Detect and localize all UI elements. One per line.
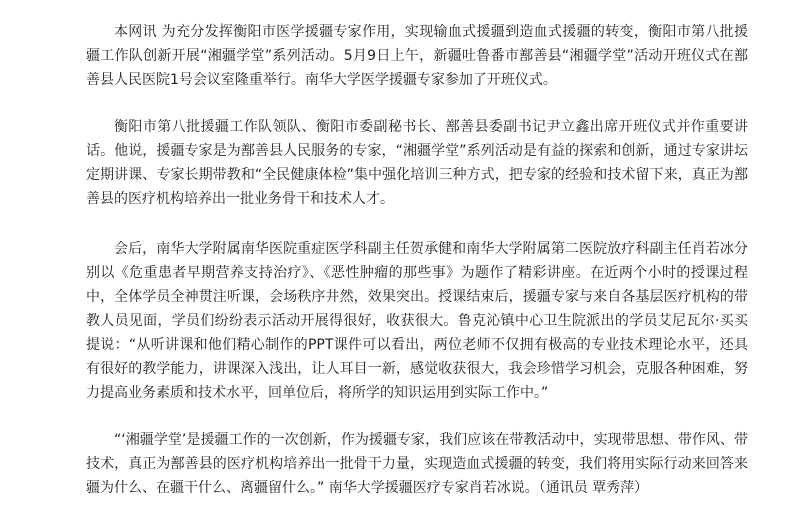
paragraph-intro: 本网讯 为充分发挥衡阳市医学援疆专家作用，实现输血式援疆到造血式援疆的转变，衡阳… (86, 20, 748, 92)
article-body: 本网讯 为充分发挥衡阳市医学援疆专家作用，实现输血式援疆到造血式援疆的转变，衡阳… (86, 20, 748, 500)
paragraph-closing-quote: “‘湘疆学堂’是援疆工作的一次创新，作为援疆专家，我们应该在带教活动中，实现带思… (86, 428, 748, 500)
paragraph-lectures: 会后，南华大学附属南华医院重症医学科副主任贺承健和南华大学附属第二医院放疗科副主… (86, 237, 748, 405)
paragraph-speech: 衡阳市第八批援疆工作队领队、衡阳市委副秘书长、鄯善县委副书记尹立鑫出席开班仪式并… (86, 115, 748, 211)
